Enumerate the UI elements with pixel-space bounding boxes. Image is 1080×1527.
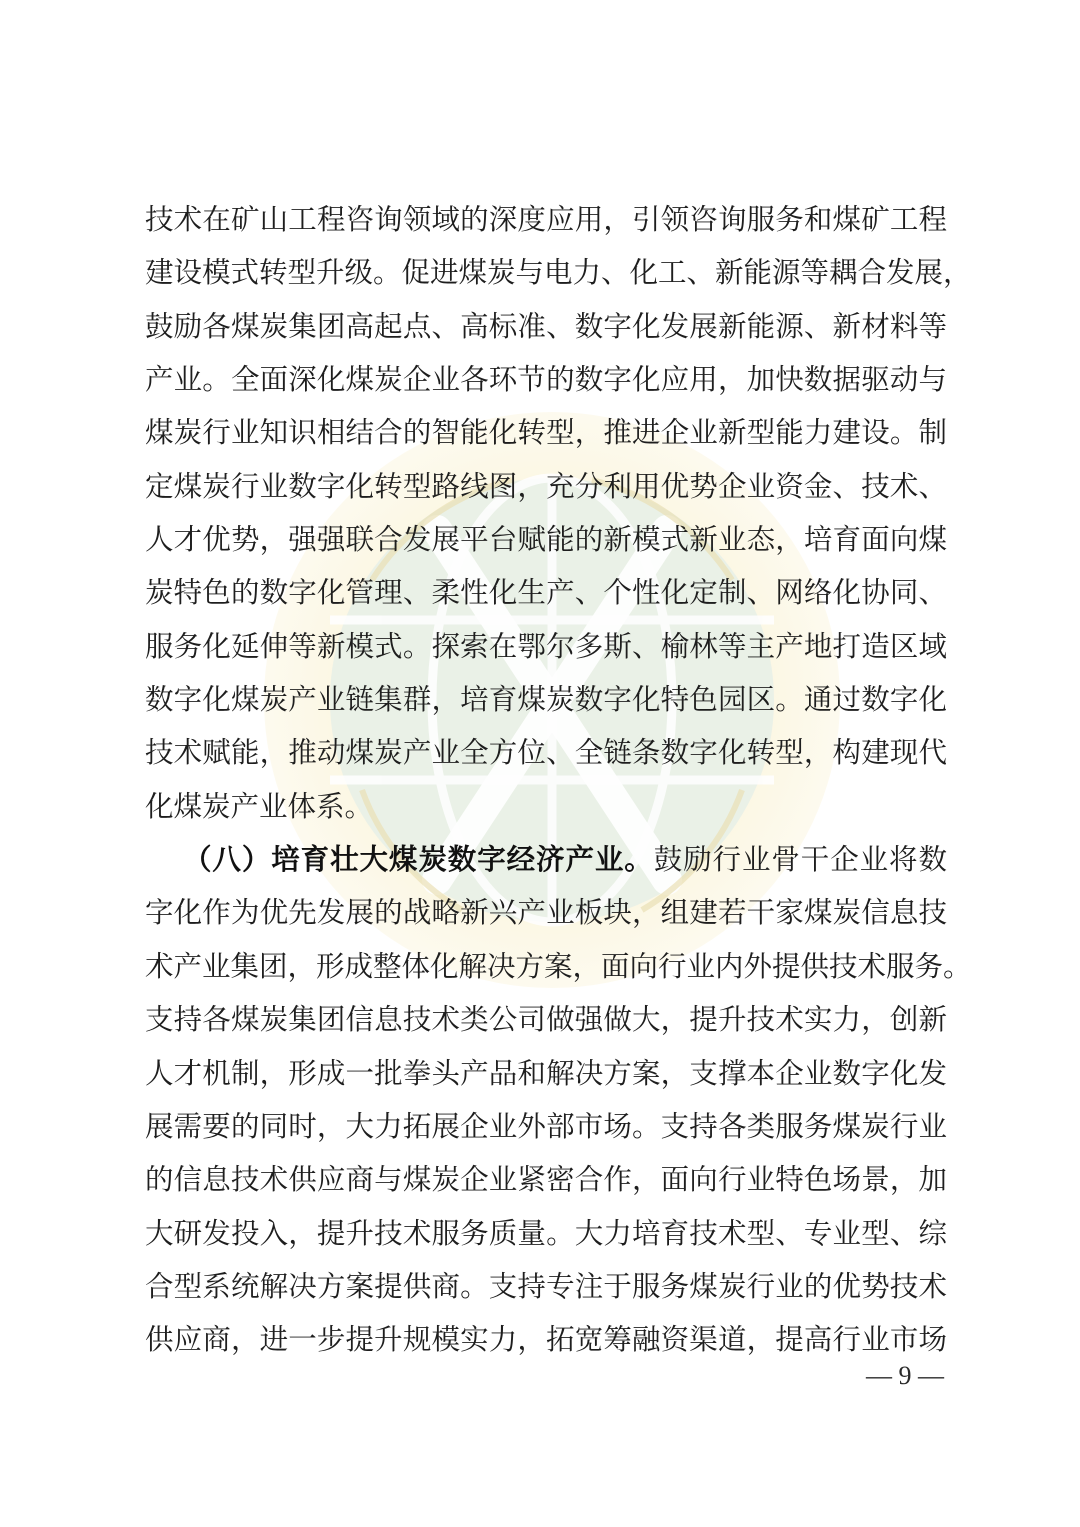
text-line: 数字化煤炭产业链集群，培育煤炭数字化特色园区。通过数字化	[145, 673, 947, 726]
text-line: 炭特色的数字化管理、柔性化生产、个性化定制、网络化协同、	[145, 566, 947, 619]
text-line: 支持各煤炭集团信息技术类公司做强做大，提升技术实力，创新	[145, 993, 947, 1046]
section-heading-line: （八）培育壮大煤炭数字经济产业。鼓励行业骨干企业将数	[145, 833, 947, 886]
text-line: 供应商，进一步提升规模实力，拓宽筹融资渠道，提高行业市场	[145, 1313, 947, 1366]
body-text: 技术在矿山工程咨询领域的深度应用，引领咨询服务和煤矿工程 建设模式转型升级。促进…	[145, 193, 947, 1367]
text-line: 鼓励各煤炭集团高起点、高标准、数字化发展新能源、新材料等	[145, 300, 947, 353]
text-line: 建设模式转型升级。促进煤炭与电力、化工、新能源等耦合发展，	[145, 246, 947, 299]
text-line: 化煤炭产业体系。	[145, 780, 947, 833]
paragraph-continuation: 技术在矿山工程咨询领域的深度应用，引领咨询服务和煤矿工程 建设模式转型升级。促进…	[145, 193, 947, 833]
text-span: 鼓励行业骨干企业将数	[654, 843, 947, 876]
text-line: 服务化延伸等新模式。探索在鄂尔多斯、榆林等主产地打造区域	[145, 620, 947, 673]
text-line: 术产业集团，形成整体化解决方案，面向行业内外提供技术服务。	[145, 940, 947, 993]
text-line: 人才机制，形成一批拳头产品和解决方案，支撑本企业数字化发	[145, 1047, 947, 1100]
text-line: 合型系统解决方案提供商。支持专注于服务煤炭行业的优势技术	[145, 1260, 947, 1313]
section-heading: （八）培育壮大煤炭数字经济产业。	[183, 843, 654, 876]
text-line: 定煤炭行业数字化转型路线图，充分利用优势企业资金、技术、	[145, 460, 947, 513]
text-line: 展需要的同时，大力拓展企业外部市场。支持各类服务煤炭行业	[145, 1100, 947, 1153]
page-number: — 9 —	[860, 1356, 950, 1396]
text-line: 技术在矿山工程咨询领域的深度应用，引领咨询服务和煤矿工程	[145, 193, 947, 246]
text-line: 人才优势，强强联合发展平台赋能的新模式新业态，培育面向煤	[145, 513, 947, 566]
text-line: 的信息技术供应商与煤炭企业紧密合作，面向行业特色场景，加	[145, 1153, 947, 1206]
text-line: 煤炭行业知识相结合的智能化转型，推进企业新型能力建设。制	[145, 406, 947, 459]
text-line: 大研发投入，提升技术服务质量。大力培育技术型、专业型、综	[145, 1207, 947, 1260]
text-line: 产业。全面深化煤炭企业各环节的数字化应用，加快数据驱动与	[145, 353, 947, 406]
section-eight-paragraph: （八）培育壮大煤炭数字经济产业。鼓励行业骨干企业将数 字化作为优先发展的战略新兴…	[145, 833, 947, 1366]
document-page: 技术在矿山工程咨询领域的深度应用，引领咨询服务和煤矿工程 建设模式转型升级。促进…	[0, 0, 1080, 1527]
text-line: 字化作为优先发展的战略新兴产业板块，组建若干家煤炭信息技	[145, 886, 947, 939]
text-line: 技术赋能，推动煤炭产业全方位、全链条数字化转型，构建现代	[145, 726, 947, 779]
